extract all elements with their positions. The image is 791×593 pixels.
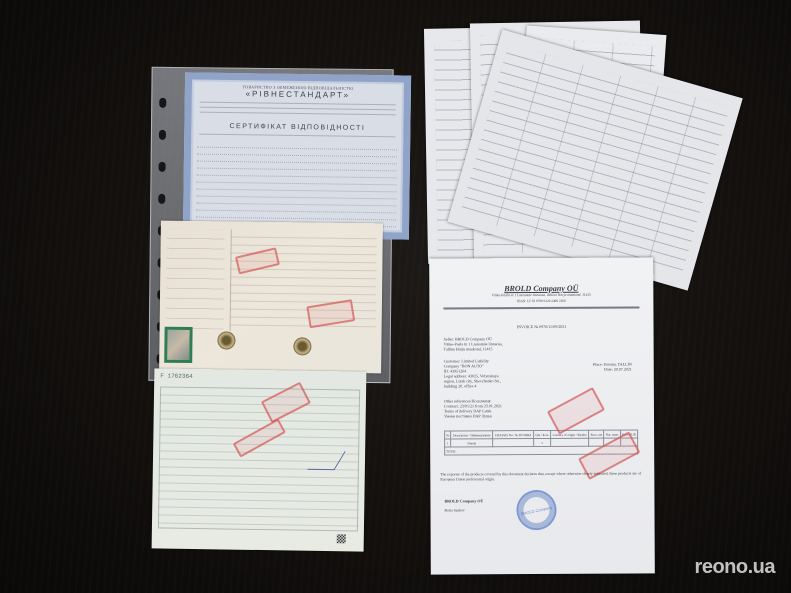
invoice-document: BROLD Company OÜ Väike-Paala tn 1 Lasnam… (429, 257, 655, 574)
registration-serial: F 1762364 (160, 372, 193, 380)
place-date-block: Place: Estonia, TALLIN Date: 20.07.2021 (593, 362, 632, 372)
vehicle-registration-form: F 1762364 (152, 368, 367, 551)
origin-declaration: The exporter of the products covered by … (440, 471, 644, 482)
conformity-certificate: ТОВАРИСТВО З ОБМЕЖЕНОЮ ВІДПОВІДАЛЬНІСТЮ … (183, 72, 411, 239)
signatory-company: BROLD Company OÜ (444, 498, 483, 503)
divider (443, 306, 639, 309)
certificate-brand: «РІВНЕСТАНДАРТ» (192, 89, 404, 101)
signatory-name: Boris Saskov (444, 508, 464, 512)
invoice-address: Väike-Paala tn 1 Lasnamäe linnaosa, Tall… (429, 292, 653, 297)
photo-scene: ТОВАРИСТВО З ОБМЕЖЕНОЮ ВІДПОВІДАЛЬНІСТЮ … (0, 0, 791, 593)
contract-block: Other references/Посилання: Contract: 23… (444, 398, 502, 418)
vehicle-registration-document (159, 221, 383, 374)
customer-block: Customer: Limited Liability Company "BON… (444, 358, 501, 388)
hologram-icon (164, 327, 192, 363)
invoice-number: INVOICE № 0976/11/09/2021 (430, 323, 654, 329)
company-round-stamp: BROLD Company (513, 486, 561, 534)
official-seal-icon (293, 337, 311, 355)
seller-block: Seller: BROLD Company OÜ Väike-Paala tn … (444, 336, 503, 351)
red-customs-stamp (547, 387, 605, 435)
site-watermark: rеono.ua (695, 556, 775, 579)
official-seal-icon (217, 331, 235, 349)
certificate-title: СЕРТИФІКАТ ВІДПОВІДНОСТІ (191, 123, 403, 133)
invoice-iban: IBAN: LT 93 0700 0120 2400 2268 (429, 298, 653, 303)
qr-code-icon (337, 534, 346, 543)
